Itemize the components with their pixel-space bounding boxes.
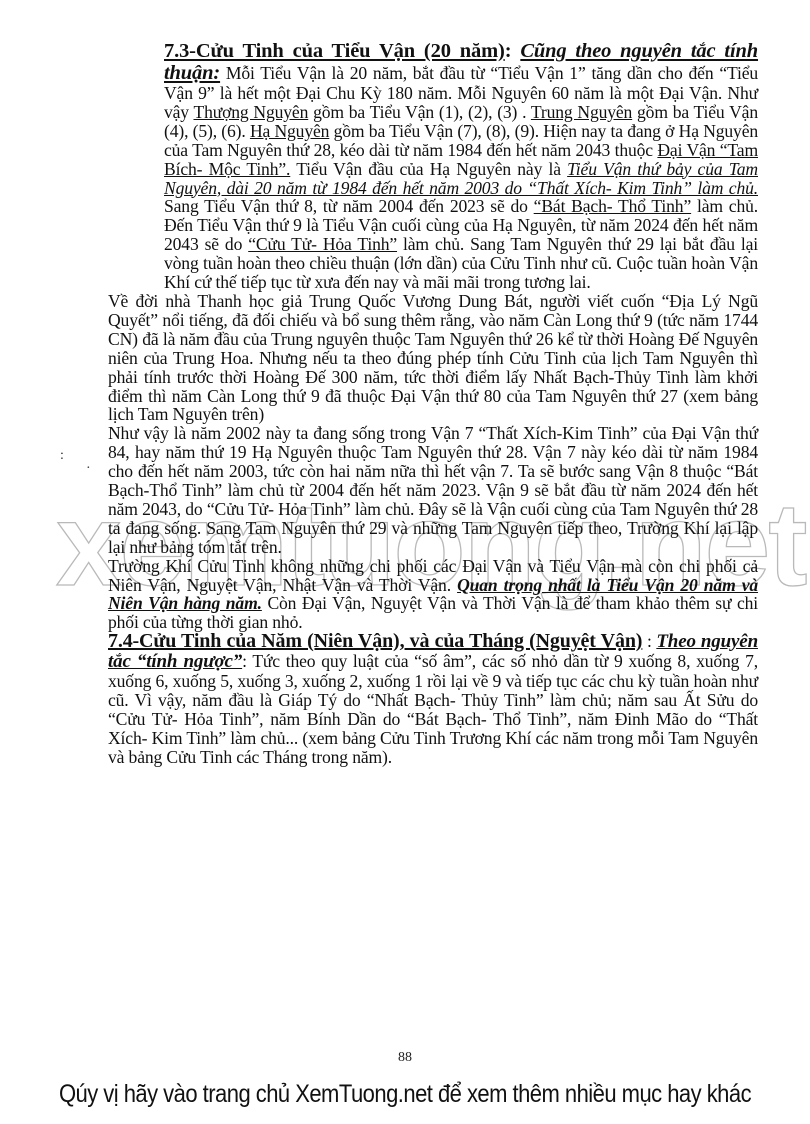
scan-speck: : [60,448,64,464]
paragraph-vuong-dung-bat: Về đời nhà Thanh học giả Trung Quốc Vươn… [108,292,758,424]
term-ha-nguyen: Hạ Nguyên [250,121,329,141]
page-number: 88 [0,1050,810,1066]
page-body: 7.3-Cửu Tinh của Tiểu Vận (20 năm): Cũng… [108,40,758,767]
section-7-3-heading: 7.3-Cửu Tinh của Tiểu Vận (20 năm): [164,40,520,62]
section-7-4-paragraph: 7.4-Cửu Tinh của Năm (Niên Vận), và của … [108,632,758,766]
site-footer-note: Qúy vị hãy vào trang chủ XemTuong.net để… [49,1080,762,1109]
paragraph-nam-2002: Như vậy là năm 2002 này ta đang sống tro… [108,424,758,556]
scanned-book-page: xemtuong.net : · 7.3-Cửu Tinh của Tiểu V… [0,0,810,1124]
section-7-3-paragraph: 7.3-Cửu Tinh của Tiểu Vận (20 năm): Cũng… [108,40,758,292]
term-cuu-tu: “Cửu Tử- Hỏa Tinh” [248,234,397,254]
term-trung-nguyen: Trung Nguyên [531,102,632,122]
scan-speck: · [86,461,91,477]
term-thuong-nguyen: Thượng Nguyên [194,102,309,122]
term-bat-bach: “Bát Bạch- Thổ Tinh” [534,196,691,216]
paragraph-truong-khi: Trường Khí Cửu Tinh không những chi phối… [108,557,758,633]
section-7-4-heading: 7.4-Cửu Tinh của Năm (Niên Vận), và của … [108,630,642,652]
